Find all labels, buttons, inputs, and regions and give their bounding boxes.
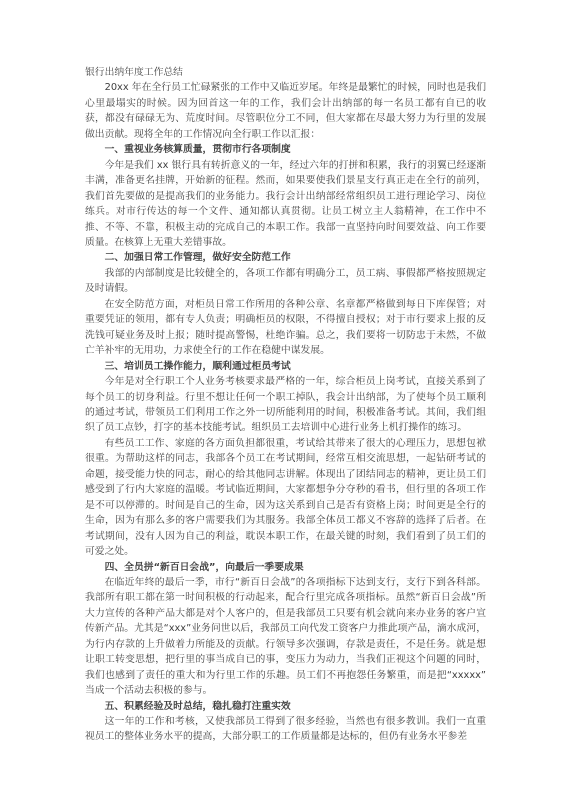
body-paragraph: 在临近年终的最后一季，市行“新百日会战”的各项指标下达到支行，支行下到各科部。我…	[85, 575, 486, 699]
body-paragraph: 有些员工工作、家庭的各方面负担都很重，考试给其带来了很大的心理压力，思想包袱很重…	[85, 436, 486, 560]
document-content: 银行出纳年度工作总结 20xx 年在全行员工忙碌紧张的工作中又临近岁尾。年终是最…	[85, 65, 486, 745]
body-paragraph: 今年是我们 xx 银行具有转折意义的一年，经过六年的打拼和积累，我行的羽翼已经逐…	[85, 158, 486, 251]
document-page: 银行出纳年度工作总结 20xx 年在全行员工忙碌紧张的工作中又临近岁尾。年终是最…	[0, 0, 566, 800]
body-paragraph: 20xx 年在全行员工忙碌紧张的工作中又临近岁尾。年终是最繁忙的时候，同时也是我…	[85, 80, 486, 142]
body-paragraph: 今年是对全行职工个人业务考核要求最严格的一年，综合柜员上岗考试，直接关系到了每个…	[85, 374, 486, 436]
body-paragraph: 我部的内部制度是比较健全的，各项工作都有明确分工，员工病、事假都严格按照规定及时…	[85, 266, 486, 297]
body-paragraph: 这一年的工作和考核，又使我部员工得到了很多经验，当然也有很多教训。我们一直重视员…	[85, 714, 486, 745]
section-heading: 五、积累经验及时总结，稳扎稳打注重实效	[85, 699, 486, 714]
section-heading: 四、全员拼“新百日会战”，向最后一季要成果	[85, 560, 486, 575]
section-heading: 二、加强日常工作管理，做好安全防范工作	[85, 250, 486, 265]
document-body: 20xx 年在全行员工忙碌紧张的工作中又临近岁尾。年终是最繁忙的时候，同时也是我…	[85, 80, 486, 744]
document-title: 银行出纳年度工作总结	[85, 65, 486, 80]
body-paragraph: 在安全防范方面，对柜员日常工作所用的各种公章、名章都严格做到每日下库保管；对重要…	[85, 297, 486, 359]
section-heading: 一、重视业务核算质量，贯彻市行各项制度	[85, 142, 486, 157]
section-heading: 三、培训员工操作能力，顺利通过柜员考试	[85, 359, 486, 374]
